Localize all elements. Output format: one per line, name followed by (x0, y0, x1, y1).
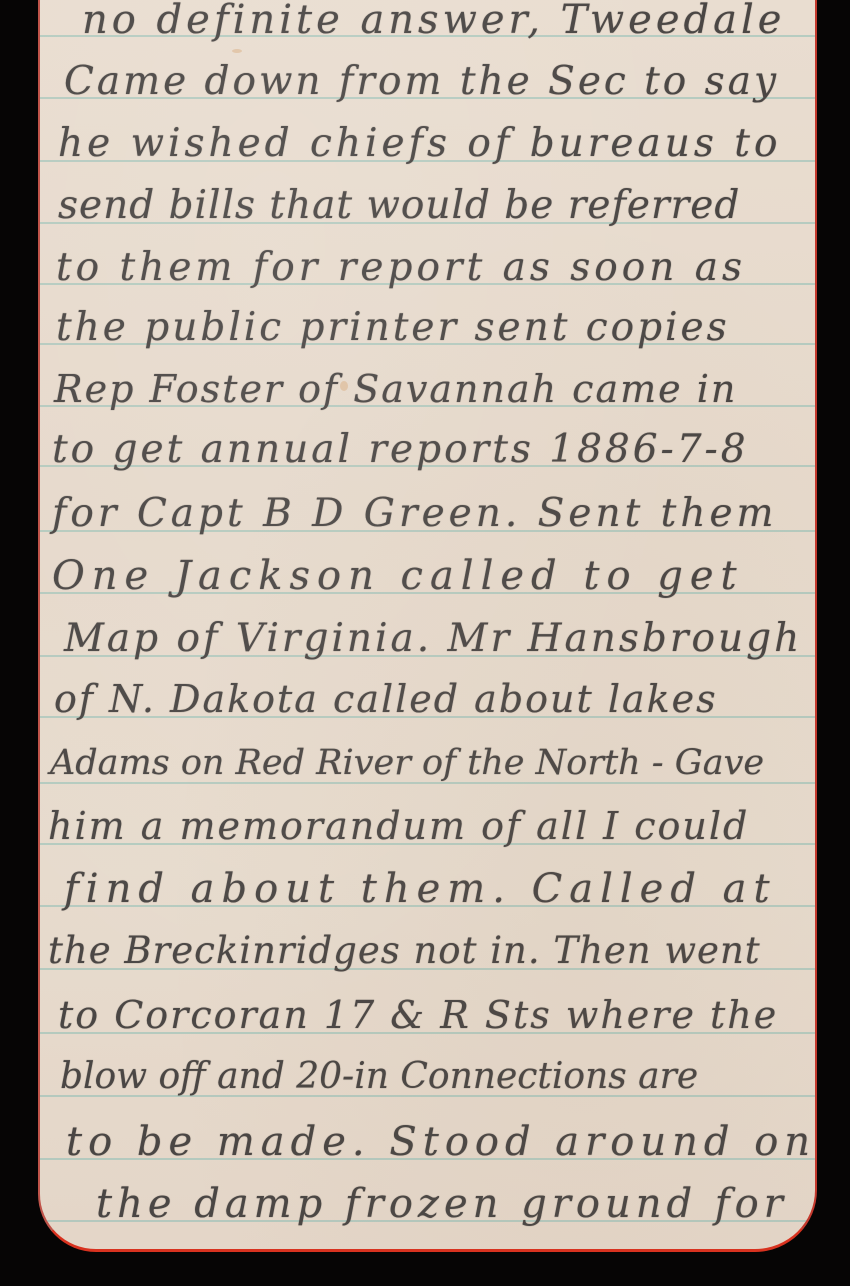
handwritten-line-2: Came down from the Sec to say (64, 62, 779, 101)
notebook-page: no definite answer, Tweedale Came down f… (38, 0, 817, 1252)
paper-stain (232, 49, 242, 53)
handwritten-line-14: him a memorandum of all I could (48, 807, 749, 845)
handwritten-line-7: Rep Foster of Savannah came in (54, 370, 737, 408)
handwritten-line-10: One Jackson called to get (52, 556, 744, 596)
handwritten-line-19: to be made. Stood around on (66, 1122, 816, 1162)
handwritten-line-9: for Capt B D Green. Sent them (52, 494, 778, 533)
handwritten-line-20: the damp frozen ground for (96, 1184, 788, 1224)
handwritten-line-17: to Corcoran 17 & R Sts where the (58, 996, 778, 1034)
handwritten-line-3: he wished chiefs of bureaus to (58, 124, 781, 163)
handwritten-line-11: Map of Virginia. Mr Hansbrough (64, 619, 802, 658)
handwritten-line-1: no definite answer, Tweedale (82, 0, 785, 40)
handwritten-line-8: to get annual reports 1886-7-8 (52, 430, 749, 469)
handwritten-line-6: the public printer sent copies (56, 308, 730, 347)
handwritten-line-16: the Breckinridges not in. Then went (48, 932, 761, 969)
handwritten-line-15: find about them. Called at (64, 869, 777, 909)
handwritten-line-4: send bills that would be referred (58, 186, 740, 225)
handwritten-line-12: of N. Dakota called about lakes (54, 680, 718, 718)
handwritten-line-18: blow off and 20-in Connections are (60, 1059, 698, 1095)
handwritten-line-13: Adams on Red River of the North - Gave (50, 746, 764, 781)
handwritten-line-5: to them for report as soon as (56, 248, 746, 287)
document-viewer: no definite answer, Tweedale Came down f… (0, 0, 850, 1286)
